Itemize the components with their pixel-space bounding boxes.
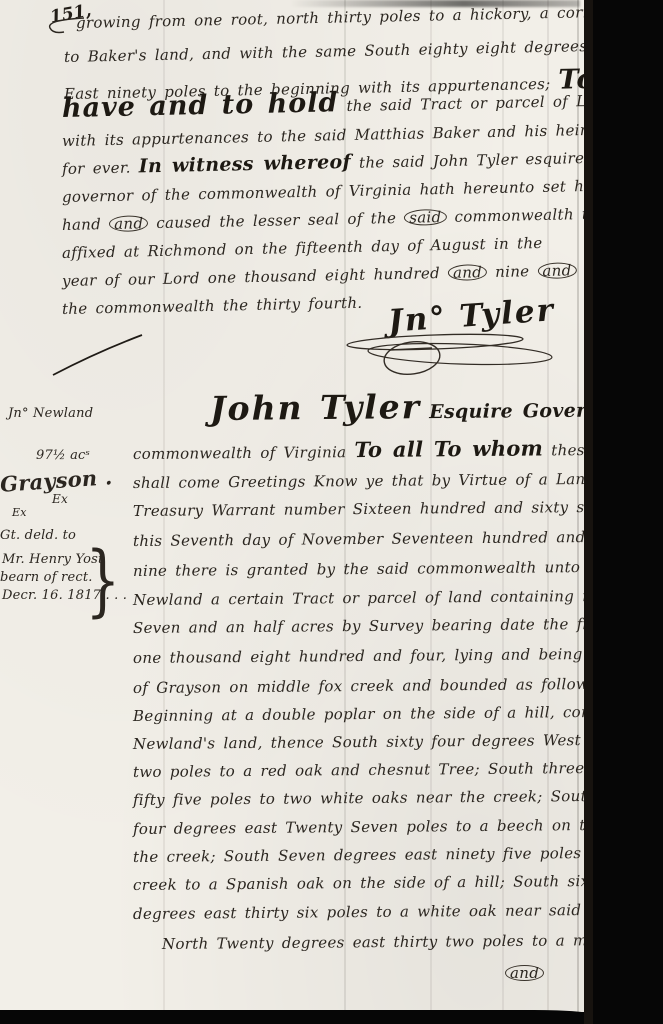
line-text: commonwealth of Virginia bbox=[133, 443, 347, 463]
circled-word: and bbox=[448, 264, 487, 281]
line-text: governor of the commonwealth of Virginia… bbox=[62, 177, 598, 206]
circled-word: said bbox=[404, 209, 447, 226]
line-text: caused the lesser seal of the bbox=[156, 209, 396, 232]
page-edge-shadow bbox=[584, 0, 593, 1024]
scanned-document-page: 151, growing from one root, north thirty… bbox=[0, 0, 663, 1024]
document-line: the commonwealth the thirty fourth. bbox=[62, 292, 363, 320]
document-line: governor of the commonwealth of Virginia… bbox=[62, 175, 598, 208]
line-text: the said Tract or parcel of Land bbox=[346, 91, 615, 115]
document-line: affixed at Richmond on the fifteenth day… bbox=[62, 232, 543, 264]
line-text: year of our Lord one thousand eight hund… bbox=[62, 264, 440, 290]
line-text: shall come Greetings bbox=[133, 472, 306, 492]
line-text: for ever. bbox=[62, 159, 131, 178]
scan-border-bottom bbox=[0, 1010, 594, 1024]
stray-pen-mark bbox=[52, 332, 147, 377]
line-text: degrees east thirty six poles to a white… bbox=[133, 901, 633, 923]
margin-brace: } bbox=[85, 536, 120, 626]
document-line: have and to hold the said Tract or parce… bbox=[62, 86, 616, 123]
line-text: hand bbox=[62, 215, 101, 234]
line-text: this Seventh day of November Seventeen h… bbox=[133, 527, 656, 550]
line-text-emphasis: In witness whereof bbox=[139, 151, 352, 177]
margin-grantee: Jn° Newland bbox=[8, 406, 93, 421]
document-line: creek to a Spanish oak on the side of a … bbox=[133, 869, 653, 896]
line-text: fifty five poles to two white oaks near … bbox=[133, 787, 642, 809]
line-text: growing from one root, north thirty pole… bbox=[76, 3, 610, 32]
line-text: creek to a Spanish oak on the side of a … bbox=[133, 871, 653, 894]
line-text: nine there is granted by the said common… bbox=[133, 558, 624, 580]
catchword: and bbox=[505, 962, 544, 984]
line-text: affixed at Richmond on the fifteenth day… bbox=[62, 234, 543, 262]
document-line: to Baker's land, and with the same South… bbox=[64, 35, 588, 68]
document-line: for ever. In witness whereof the said Jo… bbox=[62, 146, 585, 180]
line-text-emphasis: To all To whom bbox=[354, 435, 543, 462]
margin-delivery-line: Gt. deld. to bbox=[0, 528, 76, 543]
document-line: degrees east thirty six poles to a white… bbox=[133, 899, 633, 925]
document-line: fifty five poles to two white oaks near … bbox=[133, 785, 642, 811]
document-line: Newland a certain Tract or parcel of lan… bbox=[133, 585, 632, 611]
margin-acreage: 97½ acˢ bbox=[36, 448, 90, 463]
line-text: the commonwealth the thirty fourth. bbox=[62, 294, 363, 318]
line-text: nine bbox=[495, 262, 530, 281]
document-line: growing from one root, north thirty pole… bbox=[76, 1, 610, 34]
line-text: Newland a certain Tract or parcel of lan… bbox=[133, 587, 632, 609]
margin-delivery-line: bearn of rect. bbox=[0, 570, 93, 585]
margin-mark: Ex bbox=[52, 492, 68, 506]
circled-word: and bbox=[537, 262, 576, 279]
line-text: to Baker's land, and with the same South… bbox=[64, 37, 588, 66]
circled-word: and bbox=[505, 965, 544, 981]
document-line: year of our Lord one thousand eight hund… bbox=[62, 259, 600, 292]
document-line: this Seventh day of November Seventeen h… bbox=[133, 525, 656, 552]
circled-word: and bbox=[109, 215, 148, 232]
paper-sheet: 151, growing from one root, north thirty… bbox=[0, 0, 592, 1012]
line-text: with its appurtenances to the said Matth… bbox=[62, 121, 596, 150]
document-line: nine there is granted by the said common… bbox=[133, 556, 624, 582]
line-text: Newland's land, thence South sixty four … bbox=[133, 731, 621, 753]
heading-name: John Tyler bbox=[210, 387, 421, 428]
margin-mark: Ex bbox=[12, 506, 27, 519]
document-line: shall come Greetings Know ye that by Vir… bbox=[133, 467, 651, 494]
scan-border-right bbox=[593, 0, 663, 1024]
line-text-emphasis: have and to hold bbox=[62, 87, 339, 124]
line-text: the said John Tyler esquire bbox=[359, 149, 584, 172]
document-line: Newland's land, thence South sixty four … bbox=[133, 729, 621, 755]
signature-flourish bbox=[340, 328, 580, 378]
